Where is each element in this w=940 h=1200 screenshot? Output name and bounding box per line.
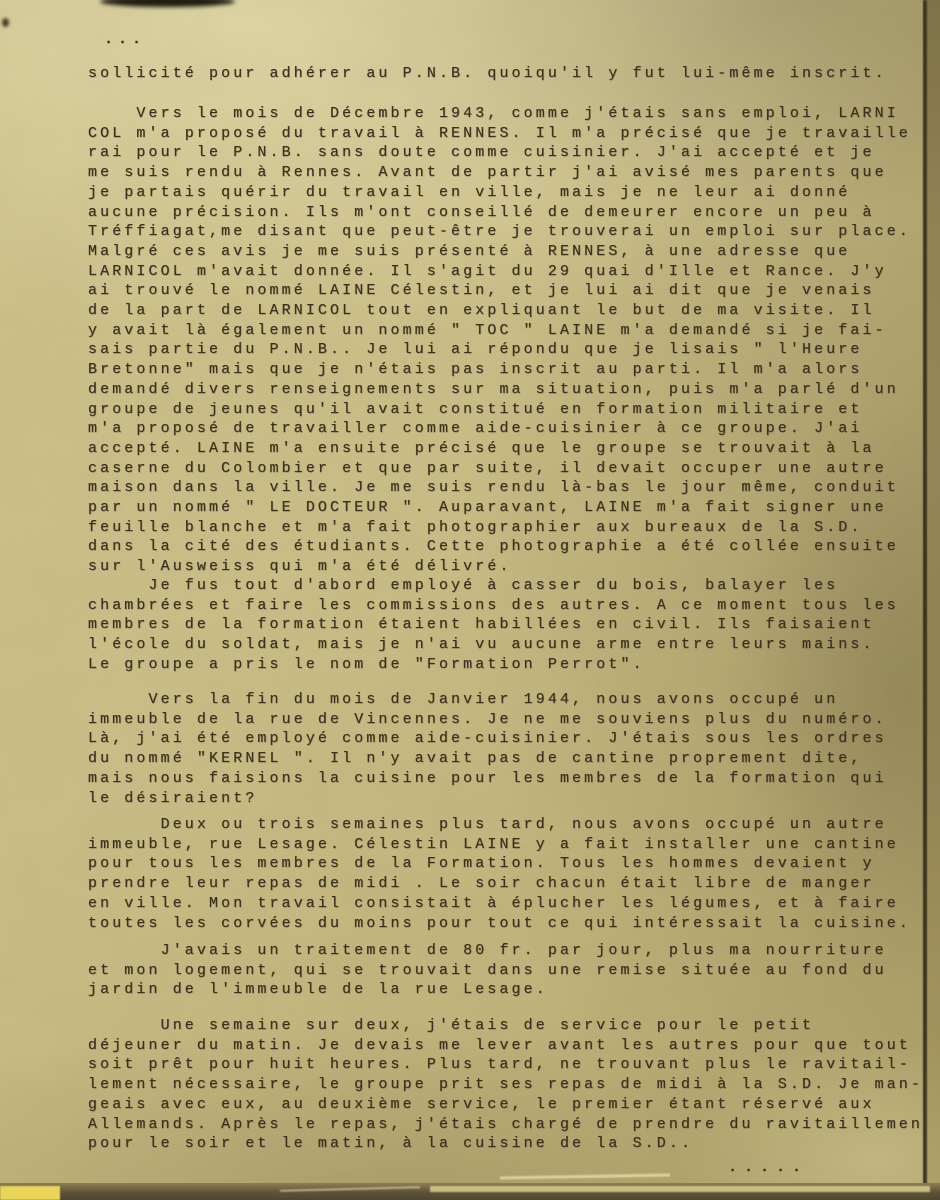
typewritten-text: ... sollicité pour adhérer au P.N.B. quo…: [0, 0, 940, 1200]
paragraph-first-duties: Je fus tout d'abord employé à casser du …: [88, 576, 899, 675]
bottom-light-strip: [430, 1186, 930, 1192]
paragraph-salary: J'avais un traitement de 80 fr. par jour…: [88, 941, 887, 1000]
paragraph-continuation: sollicité pour adhérer au P.N.B. quoiqu'…: [88, 64, 887, 84]
paragraph-morning-service: Une semaine sur deux, j'étais de service…: [88, 1016, 923, 1154]
paragraph-december-1943: Vers le mois de Décembre 1943, comme j'é…: [88, 104, 911, 577]
page-edge-strip-right: [927, 0, 940, 1188]
scan-artifact-speck: [2, 18, 9, 27]
page-edge-line-right: [923, 0, 927, 1188]
paragraph-rue-lesage: Deux ou trois semaines plus tard, nous a…: [88, 815, 911, 933]
scanned-page: ... sollicité pour adhérer au P.N.B. quo…: [0, 0, 940, 1200]
closing-dots: .....: [728, 1158, 808, 1178]
bottom-corner-highlight: [0, 1186, 60, 1200]
paragraph-january-1944: Vers la fin du mois de Janvier 1944, nou…: [88, 690, 887, 808]
continuation-dots: ...: [104, 30, 146, 50]
